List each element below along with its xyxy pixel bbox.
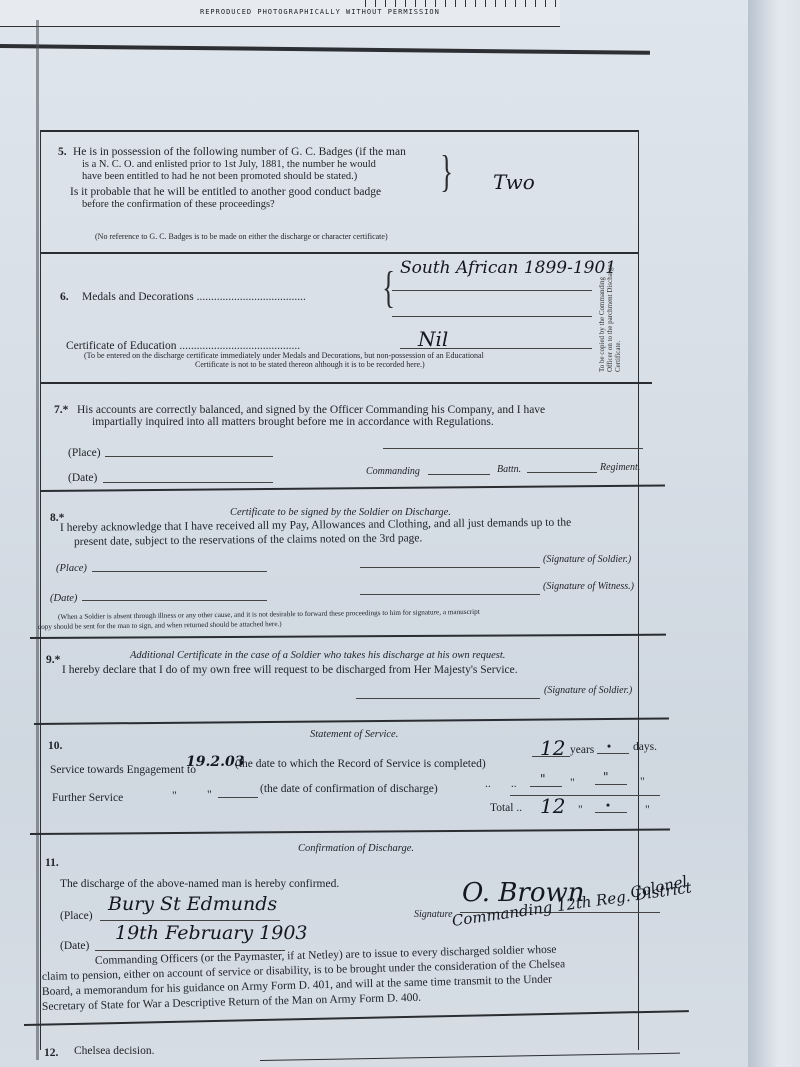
further-days-field <box>595 784 627 785</box>
section-7-number: 7.* <box>54 404 68 417</box>
chelsea-decision-label: Chelsea decision. <box>74 1045 154 1058</box>
soldier-signature-field[interactable] <box>360 567 540 568</box>
witness-signature-field[interactable] <box>360 594 540 595</box>
ditto-mark: " <box>640 776 645 789</box>
section-6-note: (To be entered on the discharge certific… <box>84 351 484 360</box>
further-days-value: " <box>603 770 609 784</box>
medals-line <box>392 316 592 317</box>
brace-icon: } <box>440 150 453 194</box>
further-years-value: " <box>540 772 546 786</box>
section-11-title: Confirmation of Discharge. <box>298 842 414 855</box>
soldier-signature-field[interactable] <box>356 698 540 699</box>
further-service-label: Further Service <box>52 792 123 805</box>
further-suffix: (the date of confirmation of discharge) <box>260 783 438 796</box>
commanding-label: Commanding <box>366 465 420 478</box>
place-value: Bury St Edmunds <box>108 893 277 915</box>
place-field[interactable] <box>92 571 267 572</box>
section-10-title: Statement of Service. <box>310 728 398 741</box>
commanding-field[interactable] <box>428 474 490 475</box>
brace-icon: { <box>382 266 395 310</box>
total-days-field <box>595 812 627 813</box>
date-value: 19th February 1903 <box>115 922 308 944</box>
further-date-field[interactable] <box>218 797 258 798</box>
battn-label: Battn. <box>497 463 521 476</box>
margin-line <box>36 20 39 1060</box>
section-11-number: 11. <box>45 857 59 870</box>
date-label: (Date) <box>68 472 97 485</box>
top-folded-sheet: REPRODUCED PHOTOGRAPHICALLY WITHOUT PERM… <box>0 0 560 27</box>
date-field[interactable] <box>103 482 273 483</box>
medals-value: South African 1899-1901 <box>400 258 616 278</box>
ditto-mark: " <box>207 789 212 802</box>
regiment-label: Regiment. <box>600 461 640 474</box>
section-6-note: Certificate is not to be stated thereon … <box>195 360 425 369</box>
days-field <box>597 753 629 754</box>
years-label: years <box>570 744 594 757</box>
education-line <box>400 348 592 349</box>
engagement-prefix: Service towards Engagement to <box>50 764 196 777</box>
section-5-number: 5. <box>58 146 67 159</box>
section-7-line: impartially inquired into all matters br… <box>92 416 494 429</box>
section-8-title: Certificate to be signed by the Soldier … <box>230 506 451 519</box>
medals-label: Medals and Decorations .................… <box>82 291 306 304</box>
background-surface <box>748 0 800 1067</box>
badges-value: Two <box>493 170 535 194</box>
divider <box>40 130 638 132</box>
date-label: (Date) <box>50 592 77 605</box>
medals-line <box>392 290 592 291</box>
engagement-suffix: (the date to which the Record of Service… <box>235 758 486 771</box>
total-years-value: 12 <box>540 794 565 818</box>
reproduction-banner: REPRODUCED PHOTOGRAPHICALLY WITHOUT PERM… <box>200 8 440 16</box>
place-field[interactable] <box>105 456 273 457</box>
section-12-number: 12. <box>44 1047 58 1060</box>
faint-bleed-through-text <box>80 92 83 108</box>
divider <box>40 252 638 254</box>
section-9-title: Additional Certificate in the case of a … <box>130 649 505 662</box>
section-11-line: The discharge of the above-named man is … <box>60 878 339 891</box>
section-5-note: (No reference to G. C. Badges is to be m… <box>95 232 388 241</box>
days-label: days. <box>633 741 657 754</box>
signature-soldier-label: (Signature of Soldier.) <box>543 553 631 566</box>
top-grid-boxes <box>365 0 560 7</box>
ditto-mark: " <box>570 777 575 790</box>
place-label: (Place) <box>56 562 87 575</box>
further-years-field <box>530 786 562 787</box>
place-label: (Place) <box>68 447 101 460</box>
signature-label: Signature <box>414 908 453 921</box>
section-5-line: before the confirmation of these proceed… <box>82 198 275 211</box>
section-9-line: I hereby declare that I do of my own fre… <box>62 664 518 677</box>
signature-witness-label: (Signature of Witness.) <box>543 580 634 593</box>
total-rule <box>510 795 660 796</box>
battn-field[interactable] <box>527 472 597 473</box>
date-field[interactable] <box>82 600 267 601</box>
officer-signature-field[interactable] <box>383 448 643 449</box>
ditto-mark: " <box>172 790 177 803</box>
ditto-mark: " <box>645 804 650 817</box>
section-10-number: 10. <box>48 740 62 753</box>
place-field <box>100 920 280 921</box>
signature-soldier-label: (Signature of Soldier.) <box>544 684 632 697</box>
section-5-line: have been entitled to had he not been pr… <box>82 170 357 183</box>
total-label: Total .. <box>490 802 522 815</box>
section-9-number: 9.* <box>46 654 60 667</box>
side-note: To be copied by the Commanding Officer o… <box>598 262 622 372</box>
ditto-mark: " <box>578 804 583 817</box>
years-field <box>532 756 570 757</box>
section-6-number: 6. <box>60 291 69 304</box>
date-label: (Date) <box>60 940 89 953</box>
ditto-dots: .. .. <box>485 778 517 791</box>
place-label: (Place) <box>60 910 93 923</box>
divider <box>40 382 652 384</box>
